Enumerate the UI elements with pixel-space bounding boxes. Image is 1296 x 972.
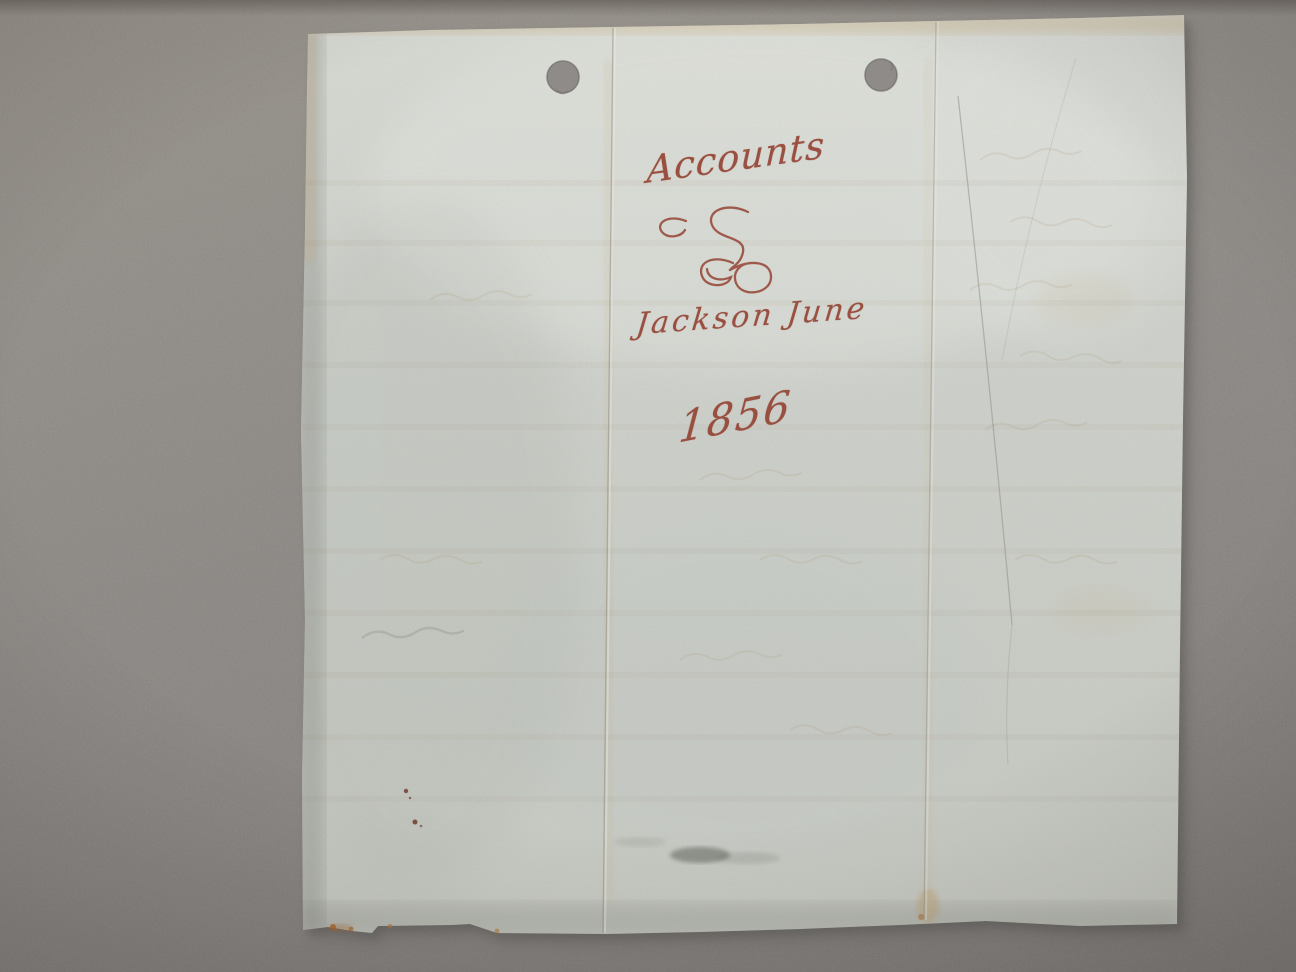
top-edge-shade bbox=[0, 0, 1296, 16]
photo-artwork bbox=[0, 0, 1296, 972]
photo-scene: Accounts Jackson June 1856 bbox=[0, 0, 1296, 972]
